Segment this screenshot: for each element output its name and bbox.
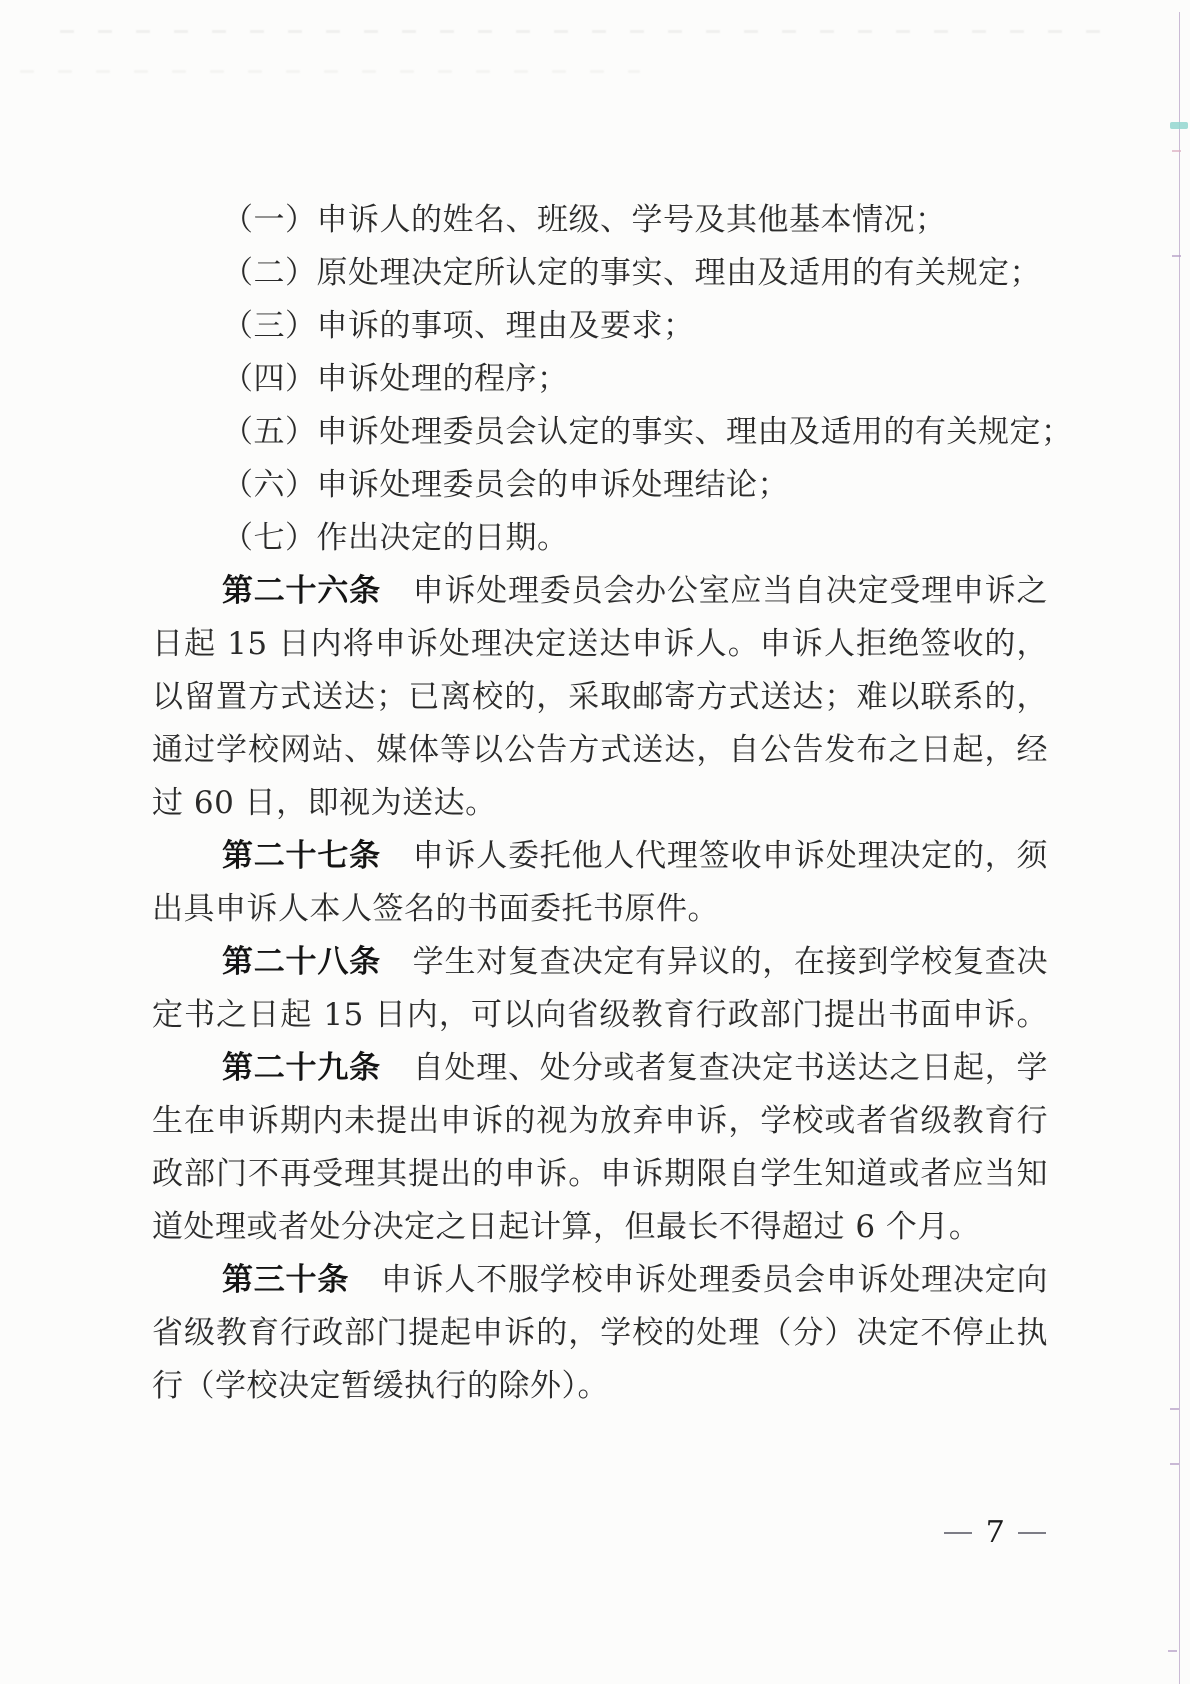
page-number: 7	[930, 1512, 1060, 1554]
text-line: 定书之日起 15 日内，可以向省级教育行政部门提出书面申诉。	[152, 989, 1048, 1042]
document-body: （一）申诉人的姓名、班级、学号及其他基本情况；（二）原处理决定所认定的事实、理由…	[152, 194, 1048, 1413]
text-line: （七）作出决定的日期。	[152, 512, 1048, 565]
text-line: 省级教育行政部门提起申诉的，学校的处理（分）决定不停止执	[152, 1307, 1048, 1360]
text-line: 行（学校决定暂缓执行的除外）。	[152, 1360, 1048, 1413]
article-line: 第二十七条 申诉人委托他人代理签收申诉处理决定的，须	[152, 830, 1048, 883]
text-line: （三）申诉的事项、理由及要求；	[152, 300, 1048, 353]
scan-artifact-speck	[1170, 122, 1188, 129]
page-number-dash-left	[944, 1532, 972, 1534]
text-line: 出具申诉人本人签名的书面委托书原件。	[152, 883, 1048, 936]
article-number: 第二十六条	[222, 573, 381, 609]
scan-artifact-tick	[1172, 255, 1181, 257]
scan-artifact-tick	[1172, 150, 1181, 152]
article-line: 第二十九条 自处理、处分或者复查决定书送达之日起，学	[152, 1042, 1048, 1095]
text-line: 道处理或者处分决定之日起计算，但最长不得超过 6 个月。	[152, 1201, 1048, 1254]
text-line: （一）申诉人的姓名、班级、学号及其他基本情况；	[152, 194, 1048, 247]
text-line: 通过学校网站、媒体等以公告方式送达，自公告发布之日起，经	[152, 724, 1048, 777]
text-line: （二）原处理决定所认定的事实、理由及适用的有关规定；	[152, 247, 1048, 300]
text-line: 生在申诉期内未提出申诉的视为放弃申诉，学校或者省级教育行	[152, 1095, 1048, 1148]
document-page: （一）申诉人的姓名、班级、学号及其他基本情况；（二）原处理决定所认定的事实、理由…	[0, 0, 1190, 1684]
article-line: 第二十八条 学生对复查决定有异议的，在接到学校复查决	[152, 936, 1048, 989]
scan-artifact-smudge	[60, 30, 1100, 33]
scan-artifact-vertical-line	[1179, 12, 1180, 1684]
article-line: 第三十条 申诉人不服学校申诉处理委员会申诉处理决定向	[152, 1254, 1048, 1307]
text-line: 以留置方式送达；已离校的，采取邮寄方式送达；难以联系的，	[152, 671, 1048, 724]
article-number: 第二十九条	[222, 1050, 381, 1086]
page-number-value: 7	[984, 1518, 1005, 1548]
text-line: （六）申诉处理委员会的申诉处理结论；	[152, 459, 1048, 512]
article-number: 第二十七条	[222, 838, 381, 874]
scan-artifact-tick	[1168, 1650, 1177, 1652]
scan-artifact-tick	[1170, 1463, 1179, 1465]
article-number: 第三十条	[222, 1262, 349, 1298]
scan-artifact-smudge	[20, 70, 640, 73]
article-line: 第二十六条 申诉处理委员会办公室应当自决定受理申诉之	[152, 565, 1048, 618]
text-line: 政部门不再受理其提出的申诉。申诉期限自学生知道或者应当知	[152, 1148, 1048, 1201]
text-line: 过 60 日，即视为送达。	[152, 777, 1048, 830]
text-line: 日起 15 日内将申诉处理决定送达申诉人。申诉人拒绝签收的，	[152, 618, 1048, 671]
page-number-dash-right	[1018, 1532, 1046, 1534]
scan-artifact-tick	[1170, 1408, 1179, 1410]
article-number: 第二十八条	[222, 944, 381, 980]
text-line: （四）申诉处理的程序；	[152, 353, 1048, 406]
text-line: （五）申诉处理委员会认定的事实、理由及适用的有关规定；	[152, 406, 1048, 459]
